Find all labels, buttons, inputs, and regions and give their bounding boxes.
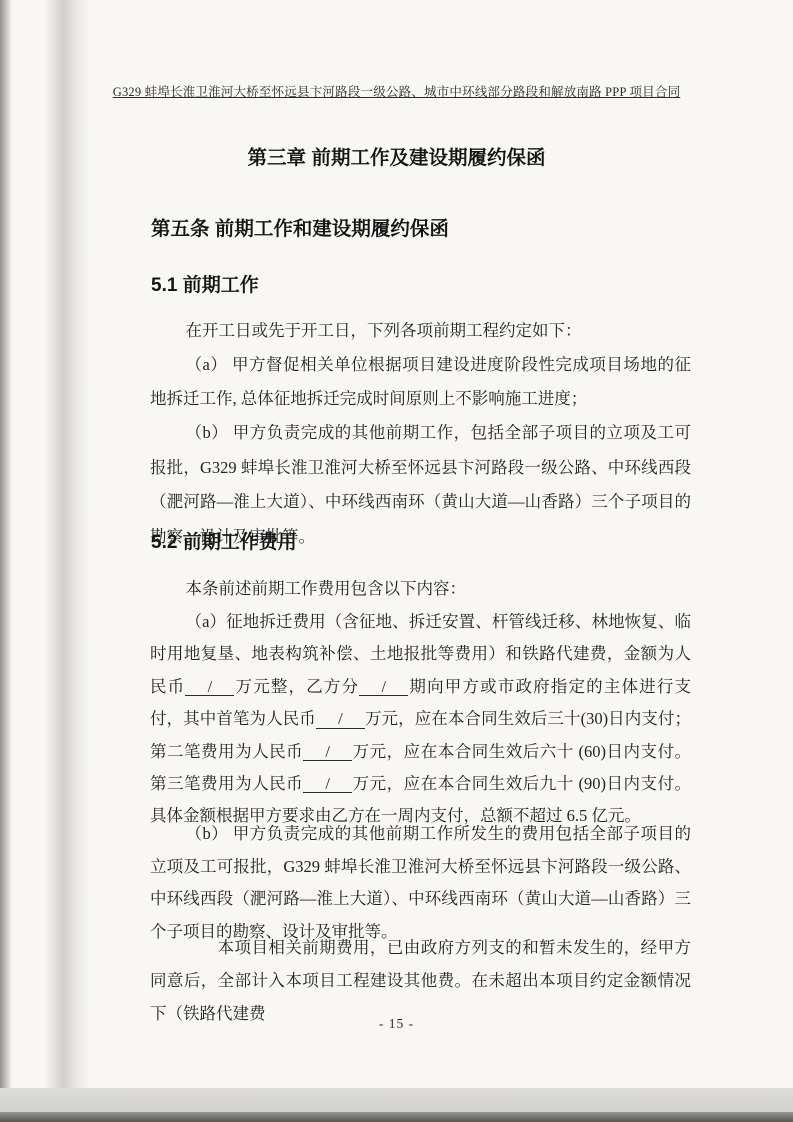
paragraph-5-1-item-a: （a） 甲方督促相关单位根据项目建设进度阶段性完成项目场地的征地拆迁工作, 总体… xyxy=(150,348,691,416)
scanned-contract-page: G329 蚌埠长淮卫淮河大桥至怀远县卞河路段一级公路、城市中环线部分路段和解放南… xyxy=(0,0,793,1122)
chapter-title: 第三章 前期工作及建设期履约保函 xyxy=(0,142,793,170)
article-title: 第五条 前期工作和建设期履约保函 xyxy=(151,213,449,241)
fill-in-blank: / xyxy=(359,678,408,696)
paragraph-5-1-intro: 在开工日或先于开工日，下列各项前期工程约定如下： xyxy=(150,314,691,347)
fill-in-blank: / xyxy=(185,678,234,696)
section-5-1-title: 5.1 前期工作 xyxy=(151,270,259,297)
section-5-2-title: 5.2 前期工作费用 xyxy=(151,527,297,554)
fill-in-blank: / xyxy=(303,743,352,761)
bottom-page-shade xyxy=(0,1088,793,1112)
running-header: G329 蚌埠长淮卫淮河大桥至怀远县卞河路段一级公路、城市中环线部分路段和解放南… xyxy=(0,82,793,100)
fill-in-blank: / xyxy=(316,710,365,728)
fill-in-blank: / xyxy=(303,775,352,793)
paragraph-5-2-item-a: （a）征地拆迁费用（含征地、拆迁安置、杆管线迁移、林地恢复、临时用地复垦、地表构… xyxy=(150,606,691,833)
bottom-page-edge xyxy=(0,1112,793,1122)
paragraph-5-2-item-b: （b） 甲方负责完成的其他前期工作所发生的费用包括全部子项目的立项及工可报批，G… xyxy=(150,818,691,948)
page-number: - 15 - xyxy=(0,1016,793,1032)
paragraph-5-2-intro: 本条前述前期工作费用包含以下内容： xyxy=(150,572,691,605)
